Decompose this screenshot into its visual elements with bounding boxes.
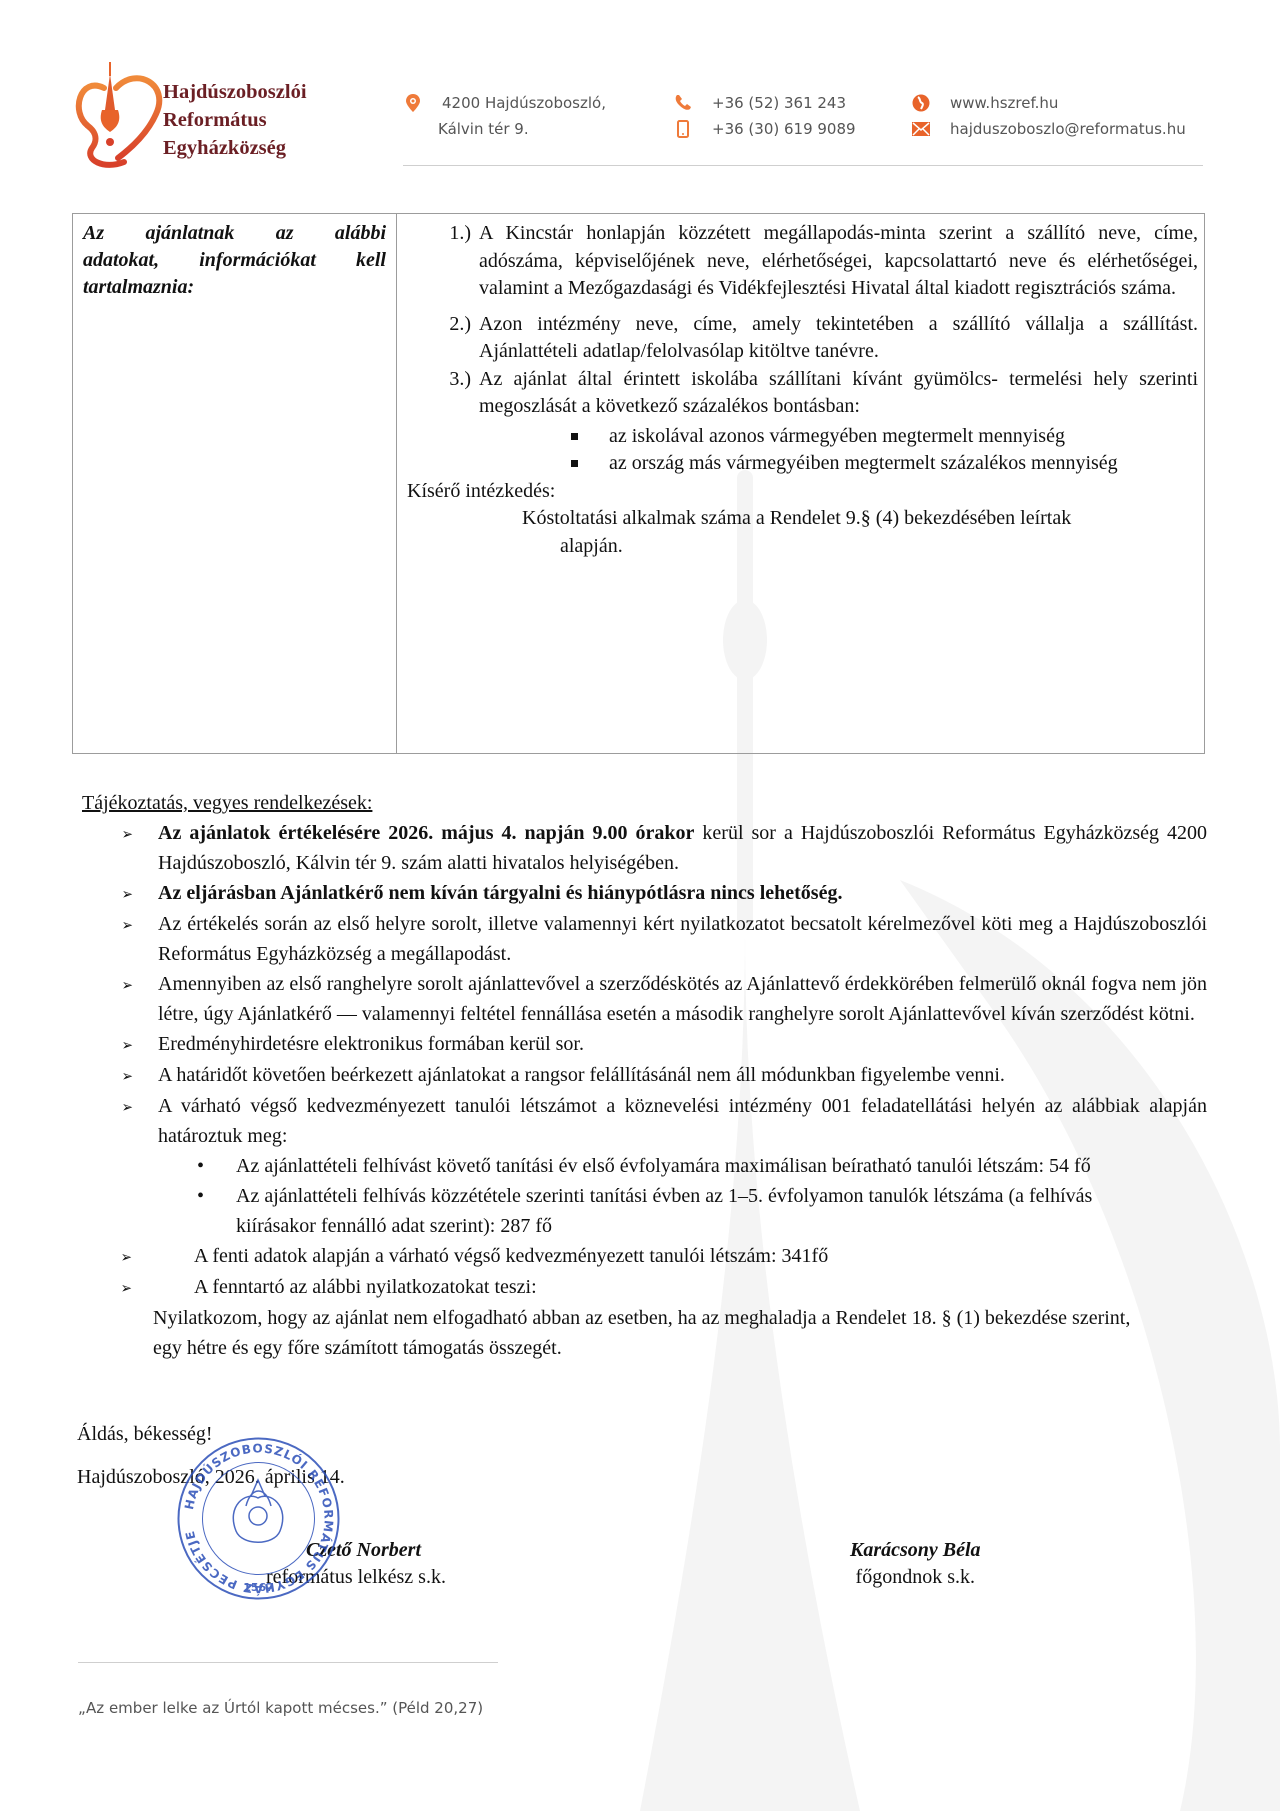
phone-mobile[interactable]: +36 (30) 619 9089 (712, 116, 856, 142)
org-name: Hajdúszoboszlói Református Egyházközség (163, 78, 307, 162)
item-number: 1.) (405, 220, 479, 303)
dot-bullet-icon: • (197, 1151, 236, 1181)
bullet-text: A határidőt követően beérkezett ajánlato… (158, 1060, 1207, 1091)
footer-divider (78, 1662, 498, 1663)
origin-breakdown-list: az iskolával azonos vármegyében megterme… (407, 423, 1198, 478)
bullet-text: A fenntartó az alábbi nyilatkozatokat te… (194, 1272, 1207, 1303)
requirement-item: 3.) Az ajánlat által érintett iskolába s… (407, 366, 1198, 421)
bullet-text: A fenti adatok alapján a várható végső k… (194, 1241, 1207, 1272)
requirements-table: Az ajánlatnak az alábbi adatokat, inform… (72, 213, 1205, 754)
arrow-bullet-icon: ➢ (121, 818, 158, 878)
bullet-text: az ország más vármegyéiben megtermelt sz… (609, 450, 1198, 478)
list-item: ➢Az eljárásban Ajánlatkérő nem kíván tár… (158, 878, 1207, 909)
address-block: 4200 Hajdúszoboszló, Kálvin tér 9. (404, 90, 606, 142)
header-divider (403, 165, 1203, 166)
accompanying-measure-text-cont: alapján. (560, 533, 1198, 561)
mobile-icon (674, 120, 692, 138)
bullet-text: az iskolával azonos vármegyében megterme… (609, 423, 1198, 451)
accompanying-measure-label: Kísérő intézkedés: (407, 478, 1198, 506)
student-count-list: •Az ajánlattételi felhívást követő tanít… (82, 1151, 1207, 1241)
square-bullet-icon (571, 423, 609, 451)
info-section-title: Tájékoztatás, vegyes rendelkezések: (82, 788, 1207, 818)
info-section: Tájékoztatás, vegyes rendelkezések: ➢Az … (82, 788, 1207, 1363)
svg-text:HAJDÚSZOBOSZLÓI REFORMÁTUS EGY: HAJDÚSZOBOSZLÓI REFORMÁTUS EGYHÁZ PECSÉT… (182, 1441, 336, 1596)
list-item: ➢A határidőt követően beérkezett ajánlat… (158, 1060, 1207, 1091)
square-bullet-icon (571, 450, 609, 478)
list-item: •Az ajánlattételi felhívást követő tanít… (236, 1151, 1207, 1181)
bullet-text: Az ajánlattételi felhívás közzététele sz… (236, 1181, 1207, 1241)
arrow-bullet-icon: ➢ (120, 1241, 194, 1272)
arrow-bullet-icon: ➢ (121, 1060, 158, 1091)
dot-bullet-icon: • (197, 1181, 236, 1241)
item-number: 2.) (405, 311, 479, 366)
web-email-block: www.hszref.hu hajduszoboszlo@reformatus.… (912, 90, 1186, 142)
signer-role: főgondnok s.k. (850, 1564, 981, 1591)
arrow-bullet-icon: ➢ (121, 1029, 158, 1060)
list-item: ➢A várható végső kedvezményezett tanulói… (158, 1091, 1207, 1151)
arrow-bullet-icon: ➢ (121, 909, 158, 969)
label-line: adatokat, információkat kell (83, 247, 386, 274)
declaration-text: Nyilatkozom, hogy az ajánlat nem elfogad… (153, 1303, 1207, 1363)
requirement-item: 2.) Azon intézmény neve, címe, amely tek… (407, 311, 1198, 366)
requirements-content-cell: 1.) A Kincstár honlapján közzétett megál… (397, 214, 1204, 753)
phone-icon (674, 94, 692, 112)
signer-name: Karácsony Béla (850, 1537, 981, 1564)
label-line: Az ajánlatnak az alábbi (83, 220, 386, 247)
accompanying-measure-text: Kóstoltatási alkalmak száma a Rendelet 9… (522, 505, 1198, 533)
arrow-bullet-icon: ➢ (121, 1091, 158, 1151)
footer-quote: „Az ember lelke az Úrtól kapott mécses.”… (78, 1699, 483, 1717)
signature-curator: Karácsony Béla főgondnok s.k. (850, 1537, 981, 1591)
org-name-line: Hajdúszoboszlói (163, 78, 307, 106)
map-pin-icon (404, 94, 422, 112)
bold-text: Az ajánlatok értékelésére 2026. május 4.… (158, 822, 694, 844)
list-item: ➢A fenntartó az alábbi nyilatkozatokat t… (158, 1272, 1207, 1303)
bullet-text: Eredményhirdetésre elektronikus formában… (158, 1029, 1207, 1060)
item-number: 3.) (405, 366, 479, 421)
list-item: ➢Amennyiben az első ranghelyre sorolt aj… (158, 969, 1207, 1029)
org-name-line: Egyházközség (163, 134, 307, 162)
list-item: ➢Az ajánlatok értékelésére 2026. május 4… (158, 818, 1207, 878)
arrow-bullet-icon: ➢ (120, 1272, 194, 1303)
org-name-line: Református (163, 106, 307, 134)
bullet-text: Amennyiben az első ranghelyre sorolt ajá… (158, 969, 1207, 1029)
bullet-text: Az értékelés során az első helyre sorolt… (158, 909, 1207, 969)
church-logo-icon (74, 62, 164, 170)
address-line-1: 4200 Hajdúszoboszló, (442, 90, 606, 116)
item-text: Az ajánlat által érintett iskolába száll… (479, 366, 1198, 421)
list-item: ➢A fenti adatok alapján a várható végső … (158, 1241, 1207, 1272)
mail-icon (912, 120, 930, 138)
list-item: ➢Eredményhirdetésre elektronikus formába… (158, 1029, 1207, 1060)
website-link[interactable]: www.hszref.hu (950, 90, 1058, 116)
list-item: ➢Az értékelés során az első helyre sorol… (158, 909, 1207, 969)
info-list: ➢Az ajánlatok értékelésére 2026. május 4… (82, 818, 1207, 1151)
svg-text:1567: 1567 (243, 1581, 274, 1594)
bullet-text: A várható végső kedvezményezett tanulói … (158, 1091, 1207, 1151)
item-text: Azon intézmény neve, címe, amely tekinte… (479, 311, 1198, 366)
requirement-item: 1.) A Kincstár honlapján közzétett megál… (407, 220, 1198, 303)
list-item: az iskolával azonos vármegyében megterme… (571, 423, 1198, 451)
list-item: az ország más vármegyéiben megtermelt sz… (571, 450, 1198, 478)
requirements-label: Az ajánlatnak az alábbi adatokat, inform… (83, 220, 386, 301)
info-list-2: ➢A fenti adatok alapján a várható végső … (82, 1241, 1207, 1303)
phone-block: +36 (52) 361 243 +36 (30) 619 9089 (674, 90, 856, 142)
phone-landline[interactable]: +36 (52) 361 243 (712, 90, 846, 116)
church-seal-stamp-icon: HAJDÚSZOBOSZLÓI REFORMÁTUS EGYHÁZ PECSÉT… (176, 1436, 341, 1601)
requirements-label-cell: Az ajánlatnak az alábbi adatokat, inform… (73, 214, 397, 753)
label-line: tartalmaznia: (83, 276, 194, 298)
email-link[interactable]: hajduszoboszlo@reformatus.hu (950, 116, 1186, 142)
bold-text: Az eljárásban Ajánlatkérő nem kíván tárg… (158, 882, 842, 904)
arrow-bullet-icon: ➢ (121, 969, 158, 1029)
arrow-bullet-icon: ➢ (121, 878, 158, 909)
address-line-2: Kálvin tér 9. (404, 116, 606, 142)
globe-icon (912, 94, 930, 112)
list-item: •Az ajánlattételi felhívás közzététele s… (236, 1181, 1207, 1241)
item-text: A Kincstár honlapján közzétett megállapo… (479, 220, 1198, 303)
bullet-text: Az ajánlattételi felhívást követő tanítá… (236, 1151, 1207, 1181)
